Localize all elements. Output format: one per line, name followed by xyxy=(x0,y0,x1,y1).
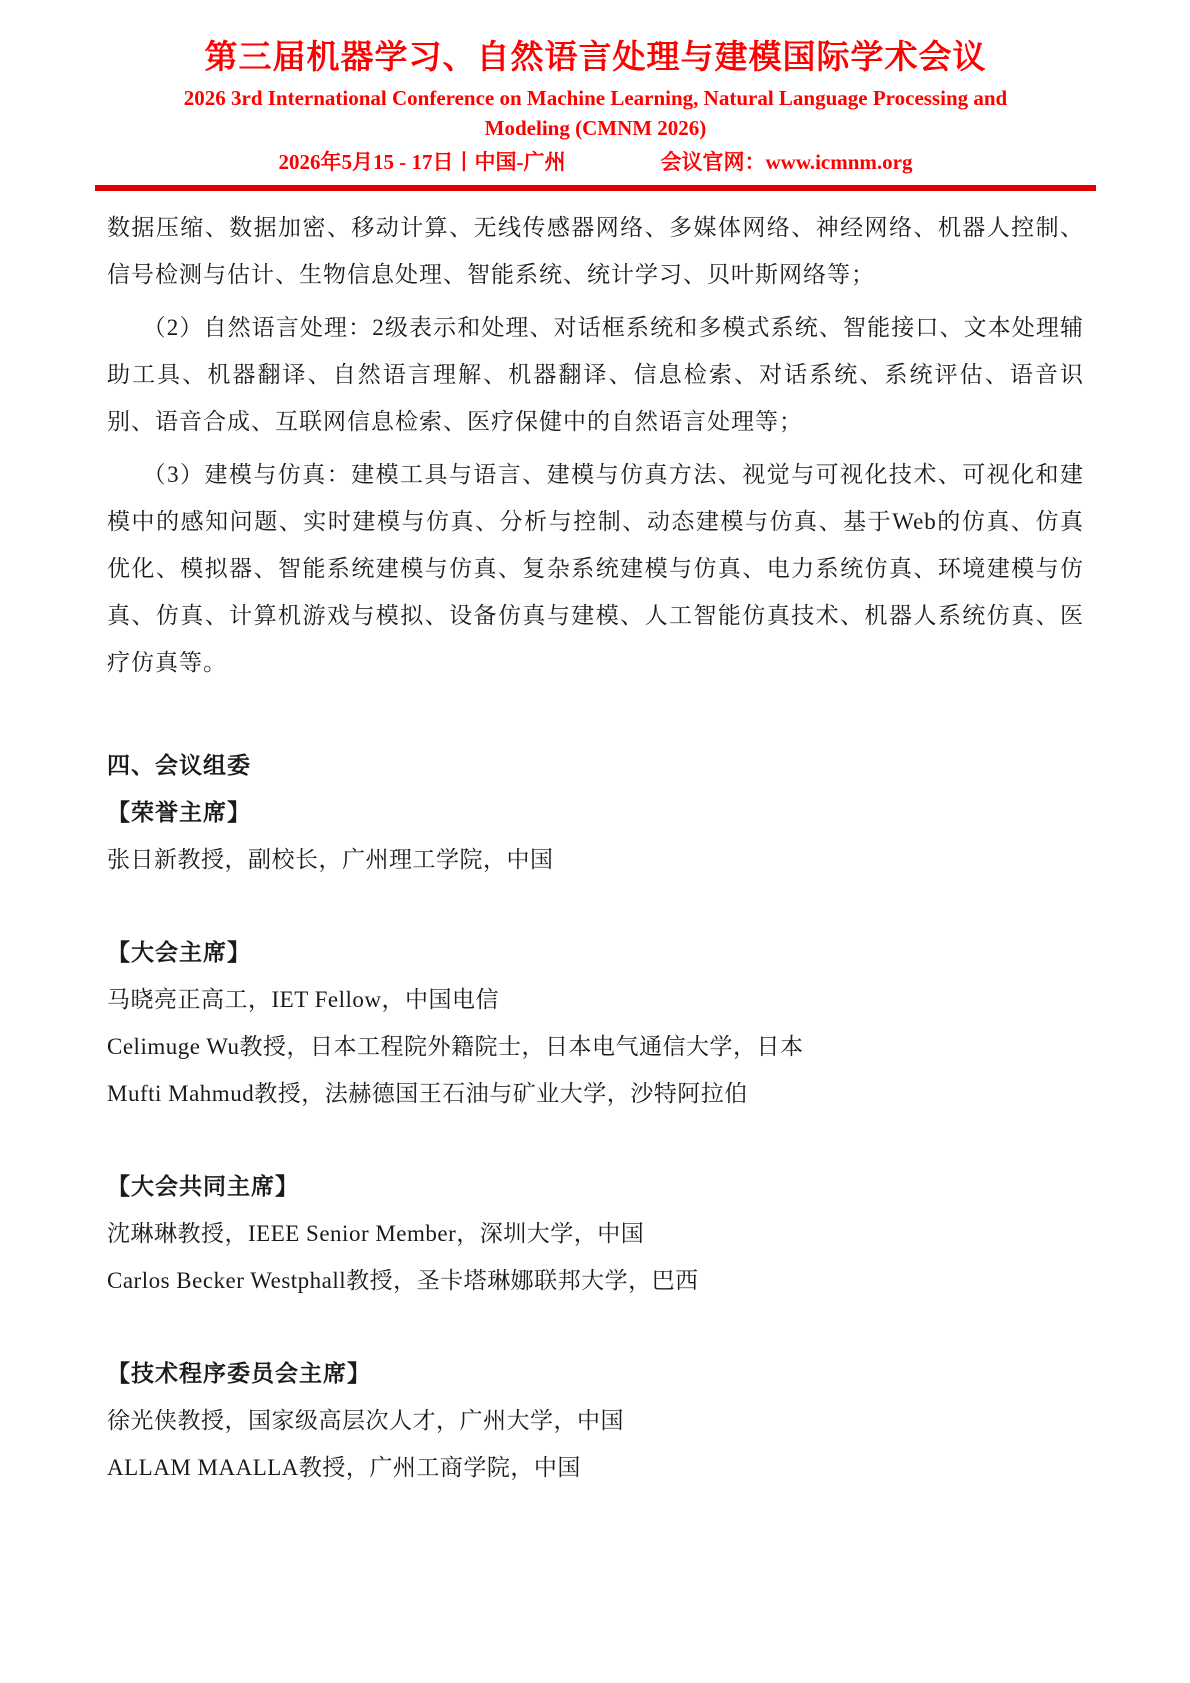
committee-member: Carlos Becker Westphall教授，圣卡塔琳娜联邦大学，巴西 xyxy=(107,1257,1084,1304)
group-heading: 【大会共同主席】 xyxy=(107,1163,1084,1210)
conference-title-en-line1: 2026 3rd International Conference on Mac… xyxy=(107,83,1084,113)
document-page: 第三届机器学习、自然语言处理与建模国际学术会议 2026 3rd Interna… xyxy=(0,0,1190,1683)
topics-paragraph-2: （2）自然语言处理：2级表示和处理、对话框系统和多模式系统、智能接口、文本处理辅… xyxy=(107,304,1084,445)
topics-block: 数据压缩、数据加密、移动计算、无线传感器网络、多媒体网络、神经网络、机器人控制、… xyxy=(107,204,1084,686)
section-title-committee: 四、会议组委 xyxy=(107,742,1084,789)
conference-title-en: 2026 3rd International Conference on Mac… xyxy=(107,83,1084,143)
committee-group-co-chair: 【大会共同主席】 沈琳琳教授，IEEE Senior Member，深圳大学，中… xyxy=(107,1163,1084,1304)
conference-title-en-line2: Modeling (CMNM 2026) xyxy=(107,113,1084,143)
committee-member: 沈琳琳教授，IEEE Senior Member，深圳大学，中国 xyxy=(107,1210,1084,1257)
committee-member: ALLAM MAALLA教授，广州工商学院，中国 xyxy=(107,1444,1084,1491)
committee-member: Celimuge Wu教授，日本工程院外籍院士，日本电气通信大学，日本 xyxy=(107,1023,1084,1070)
group-heading: 【荣誉主席】 xyxy=(107,789,1084,836)
document-header: 第三届机器学习、自然语言处理与建模国际学术会议 2026 3rd Interna… xyxy=(107,36,1084,191)
committee-member: 张日新教授，副校长，广州理工学院，中国 xyxy=(107,836,1084,883)
conference-meta-row: 2026年5月15 - 17日丨中国-广州 会议官网：www.icmnm.org xyxy=(107,148,1084,176)
conference-title-cn: 第三届机器学习、自然语言处理与建模国际学术会议 xyxy=(107,36,1084,77)
topics-paragraph-3: （3）建模与仿真：建模工具与语言、建模与仿真方法、视觉与可视化技术、可视化和建模… xyxy=(107,451,1084,686)
committee-group-tpc-chair: 【技术程序委员会主席】 徐光侠教授，国家级高层次人才，广州大学，中国 ALLAM… xyxy=(107,1350,1084,1491)
conference-date-location: 2026年5月15 - 17日丨中国-广州 xyxy=(279,148,566,176)
group-heading: 【大会主席】 xyxy=(107,929,1084,976)
committee-member: 马晓亮正高工，IET Fellow，中国电信 xyxy=(107,976,1084,1023)
conference-website: 会议官网：www.icmnm.org xyxy=(661,148,913,176)
committee-member: Mufti Mahmud教授，法赫德国王石油与矿业大学，沙特阿拉伯 xyxy=(107,1070,1084,1117)
header-divider xyxy=(95,185,1096,191)
committee-group-conference-chair: 【大会主席】 马晓亮正高工，IET Fellow，中国电信 Celimuge W… xyxy=(107,929,1084,1117)
document-body: 数据压缩、数据加密、移动计算、无线传感器网络、多媒体网络、神经网络、机器人控制、… xyxy=(107,204,1084,1491)
topics-paragraph-1: 数据压缩、数据加密、移动计算、无线传感器网络、多媒体网络、神经网络、机器人控制、… xyxy=(107,204,1084,298)
committee-group-honorary-chair: 【荣誉主席】 张日新教授，副校长，广州理工学院，中国 xyxy=(107,789,1084,883)
committee-member: 徐光侠教授，国家级高层次人才，广州大学，中国 xyxy=(107,1397,1084,1444)
group-heading: 【技术程序委员会主席】 xyxy=(107,1350,1084,1397)
